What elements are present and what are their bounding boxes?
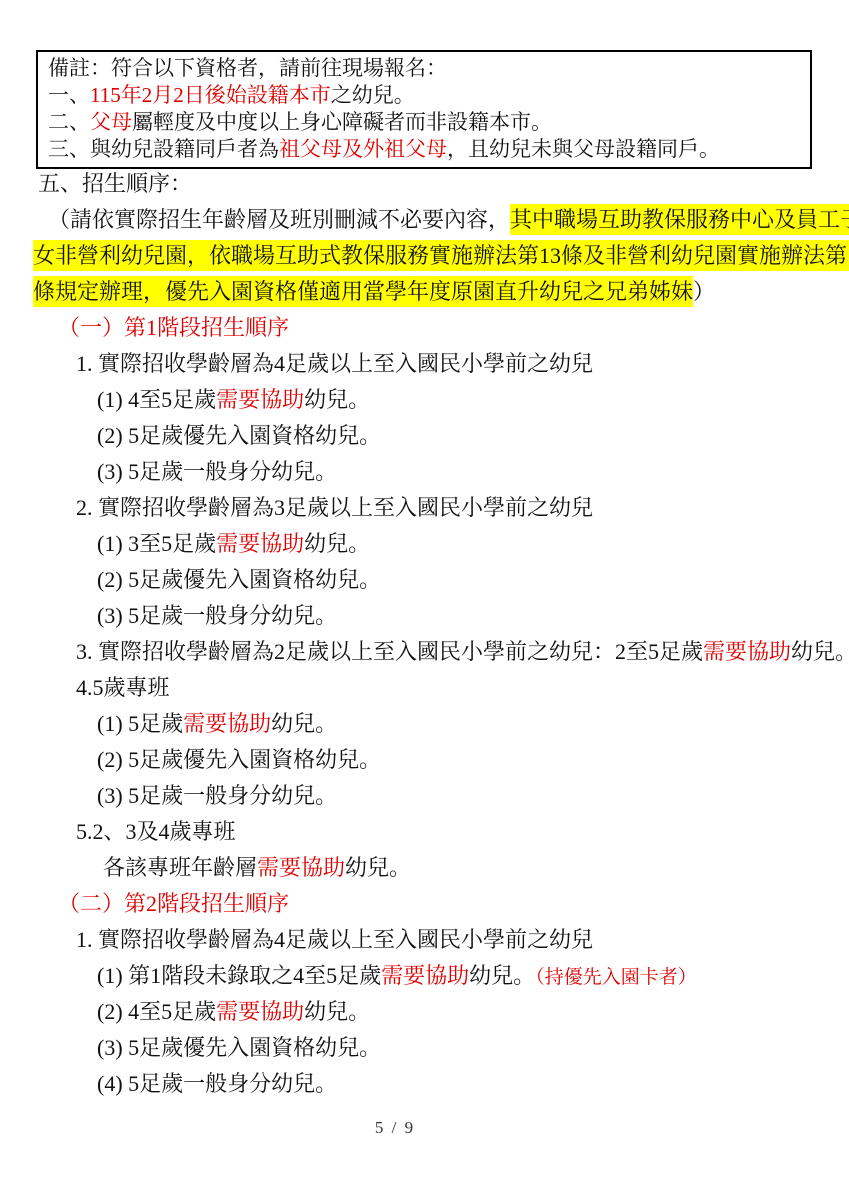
list-item: 3. 實際招收學齡層為2足歲以上至入國民小學前之幼兒：2至5足歲需要協助幼兒。 xyxy=(33,634,823,670)
item-text: 幼兒。 xyxy=(271,711,337,736)
item-text: 幼兒。 xyxy=(791,639,849,664)
red-emphasis: 115年2月2日後始設籍本市 xyxy=(90,83,331,107)
item-text: (3) 5足歲一般身分幼兒。 xyxy=(97,783,337,808)
note-paragraph-line-1: （請依實際招生年齡層及班別刪減不必要內容，其中職場互助教保服務中心及員工子 xyxy=(33,202,823,238)
list-item: 5.2、3及4歲專班 xyxy=(33,814,823,850)
note-plain-text: （請依實際招生年齡層及班別刪減不必要內容， xyxy=(48,207,510,232)
note-plain-text: ） xyxy=(693,279,715,304)
red-note: （持優先入園卡者） xyxy=(535,967,697,988)
item-text: 1. 實際招收學齡層為4足歲以上至入國民小學前之幼兒 xyxy=(76,927,593,952)
page-number: 5 / 9 xyxy=(0,1118,790,1138)
stage1-heading: （一）第1階段招生順序 xyxy=(33,310,823,346)
highlighted-text: 條規定辦理，優先入園資格僅適用當學年度原園直升幼兒之兄弟姊妹 xyxy=(33,276,693,307)
item-text: 3. 實際招收學齡層為2足歲以上至入國民小學前之幼兒：2至5足歲 xyxy=(76,639,703,664)
item-text: 幼兒。 xyxy=(345,855,411,880)
highlighted-text: 其中職場互助教保服務中心及員工子 xyxy=(510,204,849,235)
list-item: (3) 5足歲一般身分幼兒。 xyxy=(33,598,823,634)
item-text: 之幼兒。 xyxy=(331,83,415,107)
list-item: (3) 5足歲一般身分幼兒。 xyxy=(33,454,823,490)
notice-item-3: 三、與幼兒設籍同戶者為祖父母及外祖父母，且幼兒未與父母設籍同戶。 xyxy=(48,136,800,163)
list-item: 2. 實際招收學齡層為3足歲以上至入國民小學前之幼兒 xyxy=(33,490,823,526)
red-emphasis: 父母 xyxy=(90,110,132,134)
list-item: 1. 實際招收學齡層為4足歲以上至入國民小學前之幼兒 xyxy=(33,346,823,382)
item-text: 一、 xyxy=(48,83,90,107)
item-text: (3) 5足歲一般身分幼兒。 xyxy=(97,603,337,628)
notice-item-2: 二、父母屬輕度及中度以上身心障礙者而非設籍本市。 xyxy=(48,109,800,136)
document-body: 五、招生順序： （請依實際招生年齡層及班別刪減不必要內容，其中職場互助教保服務中… xyxy=(33,166,823,1102)
list-item: 各該專班年齡層需要協助幼兒。 xyxy=(33,850,823,886)
item-text: 各該專班年齡層 xyxy=(103,855,257,880)
item-text: (4) 5足歲一般身分幼兒。 xyxy=(97,1071,337,1096)
list-item: (1) 4至5足歲需要協助幼兒。 xyxy=(33,382,823,418)
red-emphasis: 祖父母及外祖父母 xyxy=(279,137,447,161)
item-text: 三、與幼兒設籍同戶者為 xyxy=(48,137,279,161)
notice-item-1: 一、115年2月2日後始設籍本市之幼兒。 xyxy=(48,82,800,109)
item-text: 幼兒。 xyxy=(304,387,370,412)
list-item: (2) 5足歲優先入園資格幼兒。 xyxy=(33,562,823,598)
list-item: (1) 3至5足歲需要協助幼兒。 xyxy=(33,526,823,562)
item-text: 2. 實際招收學齡層為3足歲以上至入國民小學前之幼兒 xyxy=(76,495,593,520)
red-emphasis: 需要協助 xyxy=(183,711,271,736)
red-emphasis: 需要協助 xyxy=(216,531,304,556)
item-text: (2) 4至5足歲 xyxy=(97,999,216,1024)
list-item: (2) 4至5足歲需要協助幼兒。 xyxy=(33,994,823,1030)
section-five-heading: 五、招生順序： xyxy=(33,166,823,202)
item-text: (2) 5足歲優先入園資格幼兒。 xyxy=(97,747,381,772)
note-paragraph-line-3: 條規定辦理，優先入園資格僅適用當學年度原園直升幼兒之兄弟姊妹） xyxy=(33,274,823,310)
list-item: (2) 5足歲優先入園資格幼兒。 xyxy=(33,742,823,778)
list-item: (1) 5足歲需要協助幼兒。 xyxy=(33,706,823,742)
list-item: (3) 5足歲一般身分幼兒。 xyxy=(33,778,823,814)
red-emphasis: 需要協助 xyxy=(216,999,304,1024)
red-emphasis: 需要協助 xyxy=(257,855,345,880)
item-text: 屬輕度及中度以上身心障礙者而非設籍本市。 xyxy=(132,110,552,134)
list-item: 1. 實際招收學齡層為4足歲以上至入國民小學前之幼兒 xyxy=(33,922,823,958)
document-page: 備註：符合以下資格者，請前往現場報名： 一、115年2月2日後始設籍本市之幼兒。… xyxy=(0,0,849,1200)
item-text: (2) 5足歲優先入園資格幼兒。 xyxy=(97,567,381,592)
highlighted-text: 女非營利幼兒園，依職場互助式教保服務實施辦法第13條及非營利幼兒園實施辦法第14 xyxy=(33,240,849,271)
item-text: (3) 5足歲優先入園資格幼兒。 xyxy=(97,1035,381,1060)
item-text: 4.5歲專班 xyxy=(76,675,170,700)
red-emphasis: 需要協助 xyxy=(381,963,469,988)
list-item: 4.5歲專班 xyxy=(33,670,823,706)
item-text: 幼兒。 xyxy=(304,999,370,1024)
red-emphasis: 需要協助 xyxy=(703,639,791,664)
notice-box: 備註：符合以下資格者，請前往現場報名： 一、115年2月2日後始設籍本市之幼兒。… xyxy=(36,50,812,169)
item-text: (1) 4至5足歲 xyxy=(97,387,216,412)
item-text: (3) 5足歲一般身分幼兒。 xyxy=(97,459,337,484)
item-text: 5.2、3及4歲專班 xyxy=(76,819,236,844)
item-text: (1) 3至5足歲 xyxy=(97,531,216,556)
item-text: ，且幼兒未與父母設籍同戶。 xyxy=(447,137,720,161)
list-item: (3) 5足歲優先入園資格幼兒。 xyxy=(33,1030,823,1066)
item-text: 幼兒。 xyxy=(469,963,535,988)
note-paragraph-line-2: 女非營利幼兒園，依職場互助式教保服務實施辦法第13條及非營利幼兒園實施辦法第14 xyxy=(33,238,823,274)
notice-title: 備註：符合以下資格者，請前往現場報名： xyxy=(48,55,800,82)
red-emphasis: 需要協助 xyxy=(216,387,304,412)
item-text: (1) 5足歲 xyxy=(97,711,183,736)
list-item: (4) 5足歲一般身分幼兒。 xyxy=(33,1066,823,1102)
notice-title-text: 備註：符合以下資格者，請前往現場報名： xyxy=(48,56,447,80)
item-text: (1) 第1階段未錄取之4至5足歲 xyxy=(97,963,381,988)
item-text: 幼兒。 xyxy=(304,531,370,556)
list-item: (1) 第1階段未錄取之4至5足歲需要協助幼兒。（持優先入園卡者） xyxy=(33,958,823,994)
item-text: 1. 實際招收學齡層為4足歲以上至入國民小學前之幼兒 xyxy=(76,351,593,376)
list-item: (2) 5足歲優先入園資格幼兒。 xyxy=(33,418,823,454)
item-text: 二、 xyxy=(48,110,90,134)
item-text: (2) 5足歲優先入園資格幼兒。 xyxy=(97,423,381,448)
stage2-heading: （二）第2階段招生順序 xyxy=(33,886,823,922)
